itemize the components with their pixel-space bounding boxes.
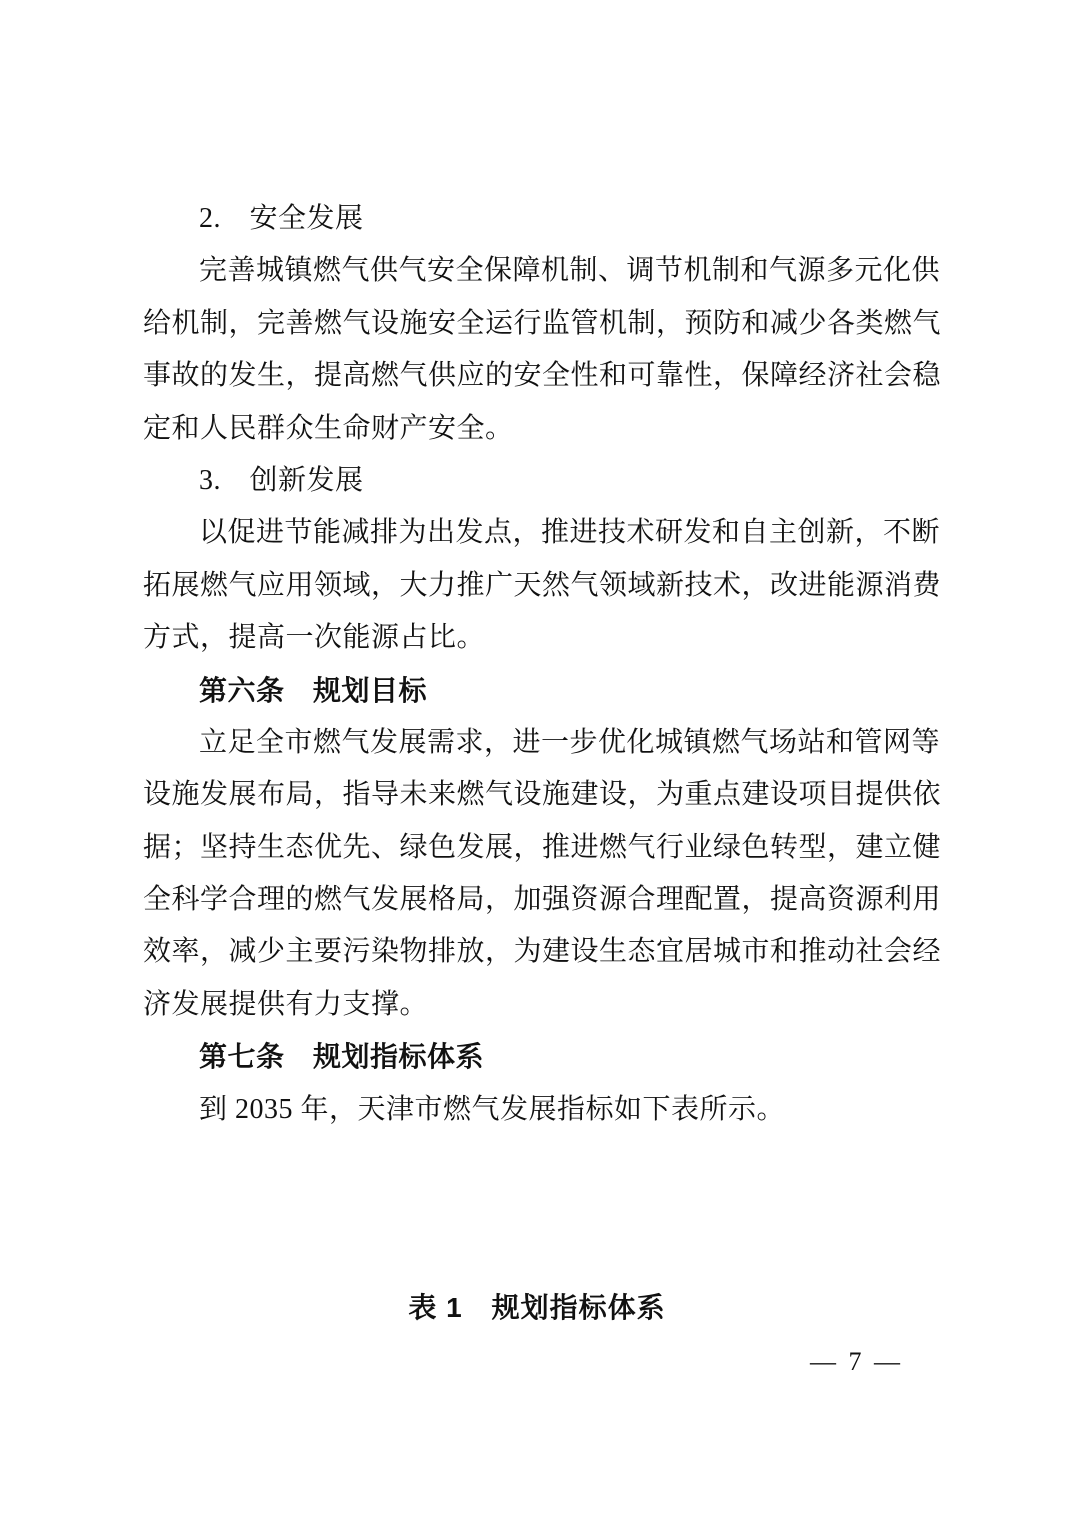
text-line: 3. 创新发展 — [143, 455, 943, 507]
text-line: 效率，减少主要污染物排放，为建设生态宜居城市和推动社会经 — [143, 926, 943, 978]
table-caption: 表 1 规划指标体系 — [0, 1290, 1074, 1326]
text-line: 据；坚持生态优先、绿色发展，推进燃气行业绿色转型，建立健 — [143, 822, 943, 874]
text-line: 济发展提供有力支撑。 — [143, 979, 943, 1031]
article-heading: 第七条 规划指标体系 — [143, 1031, 943, 1083]
text-line: 定和人民群众生命财产安全。 — [143, 403, 943, 455]
text-line: 到 2035 年，天津市燃气发展指标如下表所示。 — [143, 1084, 943, 1136]
text-line: 设施发展布局，指导未来燃气设施建设，为重点建设项目提供依 — [143, 769, 943, 821]
text-line: 2. 安全发展 — [143, 193, 943, 245]
document-page: 2. 安全发展完善城镇燃气供气安全保障机制、调节机制和气源多元化供给机制，完善燃… — [0, 0, 1074, 1520]
text-line: 立足全市燃气发展需求，进一步优化城镇燃气场站和管网等 — [143, 717, 943, 769]
text-line: 拓展燃气应用领域，大力推广天然气领域新技术，改进能源消费 — [143, 560, 943, 612]
text-line: 完善城镇燃气供气安全保障机制、调节机制和气源多元化供 — [143, 245, 943, 297]
text-line: 事故的发生，提高燃气供应的安全性和可靠性，保障经济社会稳 — [143, 350, 943, 402]
article-heading: 第六条 规划目标 — [143, 665, 943, 717]
text-line: 方式，提高一次能源占比。 — [143, 612, 943, 664]
page-number: — 7 — — [810, 1348, 903, 1376]
document-lines: 2. 安全发展完善城镇燃气供气安全保障机制、调节机制和气源多元化供给机制，完善燃… — [143, 193, 943, 1136]
text-line: 以促进节能减排为出发点，推进技术研发和自主创新，不断 — [143, 507, 943, 559]
text-line: 给机制，完善燃气设施安全运行监管机制，预防和减少各类燃气 — [143, 298, 943, 350]
text-line: 全科学合理的燃气发展格局，加强资源合理配置，提高资源利用 — [143, 874, 943, 926]
